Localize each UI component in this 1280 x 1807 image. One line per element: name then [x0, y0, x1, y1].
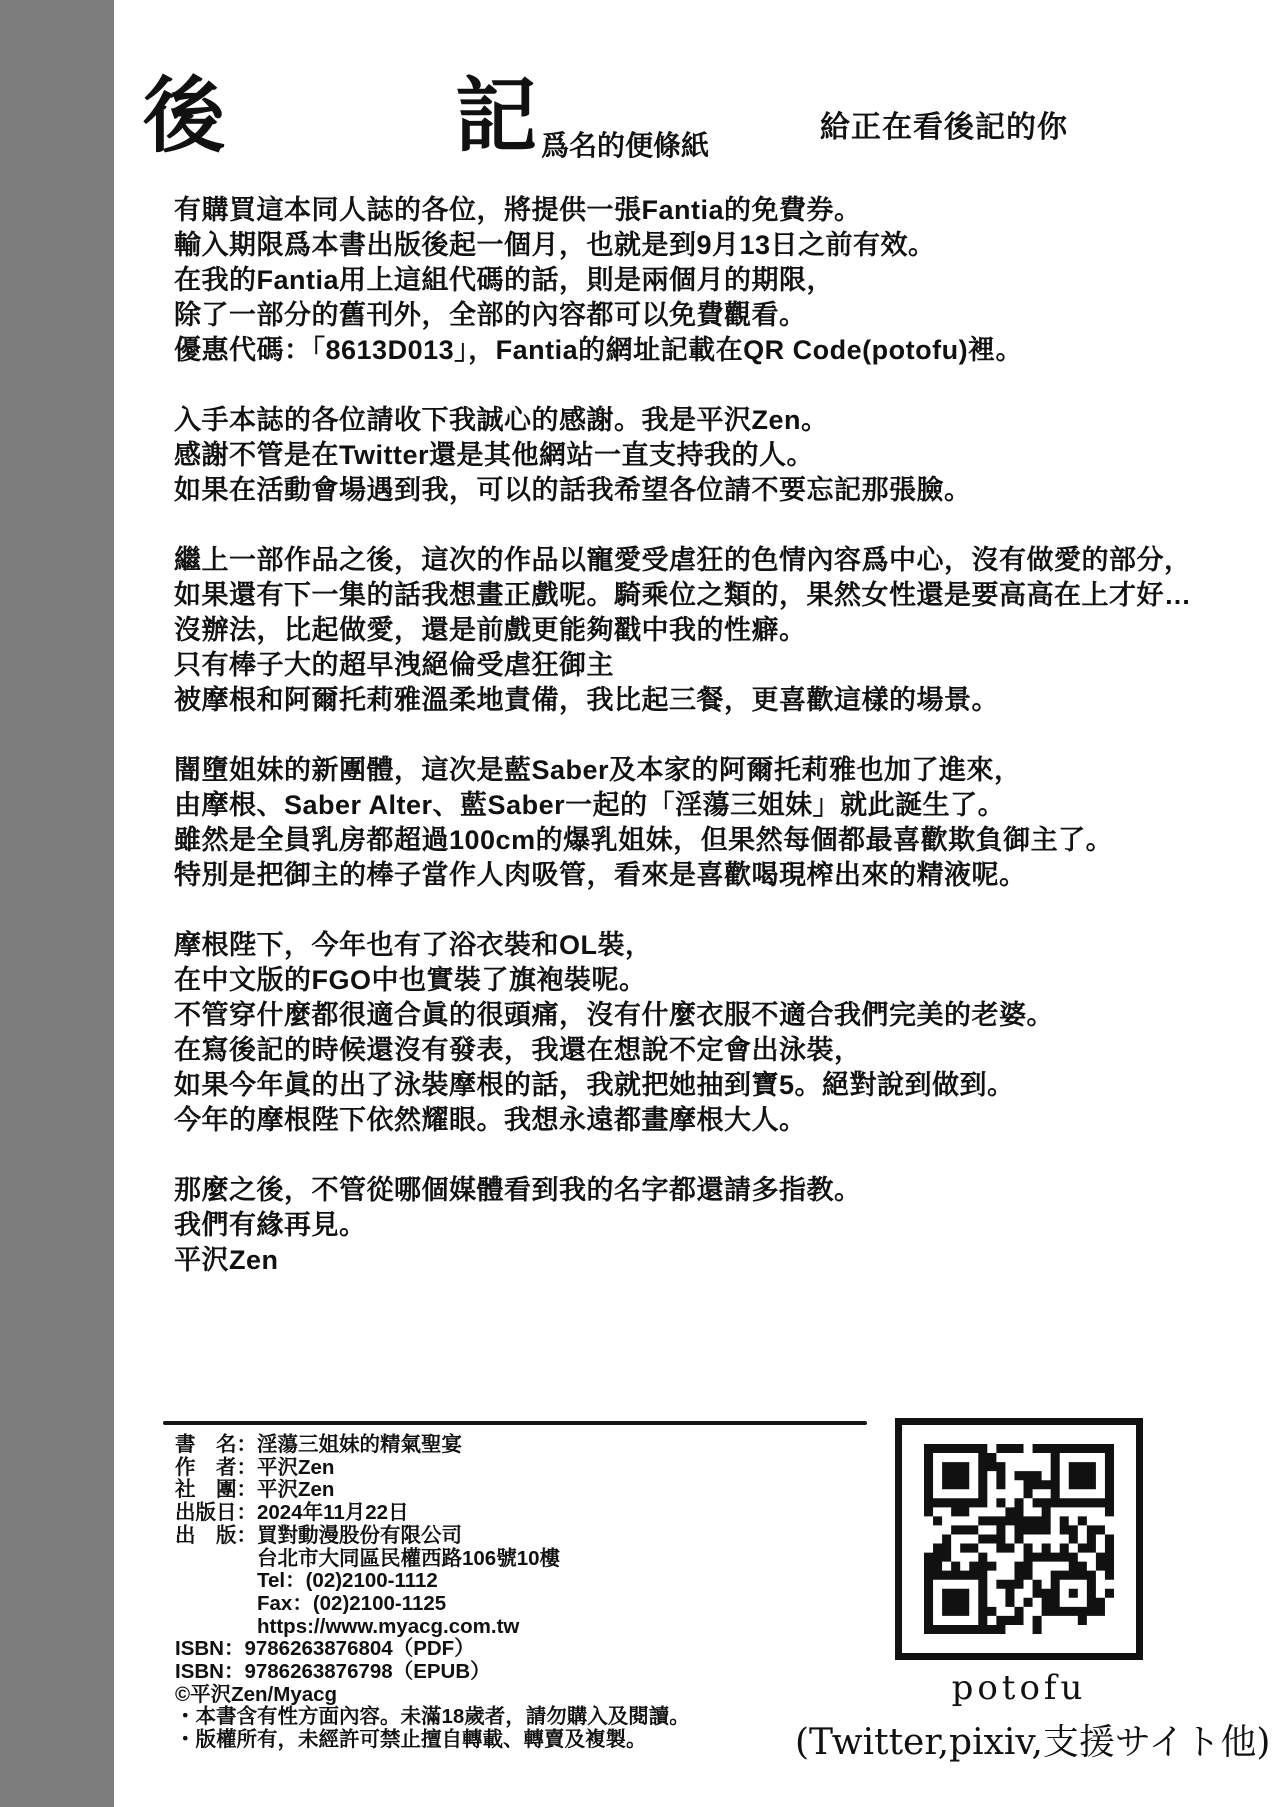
- text-line: 沒辦法，比起做愛，還是前戲更能夠戳中我的性癖。: [174, 613, 1192, 648]
- colophon-line-circle: 社 團：平沢Zen: [175, 1479, 690, 1502]
- page-title-note: 給正在看後記的你: [820, 102, 1068, 146]
- page-title-subtitle: 爲名的便條紙: [541, 124, 709, 164]
- scanned-afterword-page: 後 記 爲名的便條紙 給正在看後記的你 有購買這本同人誌的各位，將提供一張Fan…: [0, 0, 1280, 1807]
- colophon-line-pubdate: 出版日：2024年11月22日: [175, 1502, 690, 1525]
- colophon-line-url: https://www.myacg.com.tw: [175, 1616, 690, 1639]
- text-line: 闇墮姐妹的新團體，這次是藍Saber及本家的阿爾托莉雅也加了進來，: [174, 753, 1192, 788]
- page-paper: 後 記 爲名的便條紙 給正在看後記的你 有購買這本同人誌的各位，將提供一張Fan…: [114, 0, 1280, 1807]
- text-line: 優惠代碼：「8613D013」，Fantia的網址記載在QR Code(poto…: [174, 333, 1192, 368]
- text-line: 如果在活動會場遇到我，可以的話我希望各位請不要忘記那張臉。: [174, 473, 1192, 508]
- text-line: 我們有緣再見。: [174, 1208, 1192, 1243]
- colophon-line-warning-adult: ・本書含有性方面內容。未滿18歲者，請勿購入及閱讀。: [175, 1706, 690, 1729]
- text-line: 入手本誌的各位請收下我誠心的感謝。我是平沢Zen。: [174, 403, 1192, 438]
- colophon-line-address: 台北市大同區民權西路106號10樓: [175, 1548, 690, 1571]
- text-line: 平沢Zen: [174, 1243, 1192, 1278]
- page-title-char-1: 後: [143, 76, 225, 158]
- text-line: 在中文版的FGO中也實裝了旗袍裝呢。: [174, 963, 1192, 998]
- colophon-divider-line: [163, 1421, 867, 1425]
- colophon-block: 書 名：淫蕩三姐妹的精氣聖宴 作 者：平沢Zen 社 團：平沢Zen 出版日：2…: [175, 1434, 690, 1752]
- colophon-line-copyright: ©平沢Zen/Myacg: [175, 1684, 690, 1707]
- text-line: 輸入期限爲本書出版後起一個月，也就是到9月13日之前有效。: [174, 228, 1192, 263]
- paragraph-thanks: 入手本誌的各位請收下我誠心的感謝。我是平沢Zen。 感謝不管是在Twitter還…: [174, 403, 1192, 508]
- paragraph-work-notes: 繼上一部作品之後，這次的作品以寵愛受虐狂的色情內容爲中心，沒有做愛的部分， 如果…: [174, 543, 1192, 718]
- text-line: 由摩根、Saber Alter、藍Saber一起的「淫蕩三姐妹」就此誕生了。: [174, 788, 1192, 823]
- colophon-line-author: 作 者：平沢Zen: [175, 1457, 690, 1480]
- text-line: 如果還有下一集的話我想畫正戲呢。騎乘位之類的，果然女性還是要高高在上才好…: [174, 578, 1192, 613]
- text-line: 那麼之後，不管從哪個媒體看到我的名字都還請多指教。: [174, 1173, 1192, 1208]
- qr-code-image: [924, 1444, 1114, 1634]
- text-line: 特別是把御主的棒子當作人肉吸管，看來是喜歡喝現榨出來的精液呢。: [174, 858, 1192, 893]
- colophon-line-publisher: 出 版：買對動漫股份有限公司: [175, 1525, 690, 1548]
- colophon-line-isbn-pdf: ISBN：9786263876804（PDF）: [175, 1638, 690, 1661]
- text-line: 被摩根和阿爾托莉雅溫柔地責備，我比起三餐，更喜歡這樣的場景。: [174, 683, 1192, 718]
- text-line: 不管穿什麼都很適合眞的很頭痛，沒有什麼衣服不適合我們完美的老婆。: [174, 998, 1192, 1033]
- text-line: 今年的摩根陛下依然耀眼。我想永遠都畫摩根大人。: [174, 1103, 1192, 1138]
- afterword-body: 有購買這本同人誌的各位，將提供一張Fantia的免費券。 輸入期限爲本書出版後起…: [174, 193, 1192, 1278]
- text-line: 在我的Fantia用上這組代碼的話，則是兩個月的期限，: [174, 263, 1192, 298]
- colophon-line-warning-reprint: ・版權所有，未經許可禁止擅自轉載、轉賣及複製。: [175, 1729, 690, 1752]
- page-title-char-2: 記: [455, 76, 537, 158]
- text-line: 只有棒子大的超早洩絕倫受虐狂御主: [174, 648, 1192, 683]
- colophon-line-book-title: 書 名：淫蕩三姐妹的精氣聖宴: [175, 1434, 690, 1457]
- text-line: 感謝不管是在Twitter還是其他網站一直支持我的人。: [174, 438, 1192, 473]
- paragraph-morgan: 摩根陛下，今年也有了浴衣裝和OL裝， 在中文版的FGO中也實裝了旗袍裝呢。 不管…: [174, 928, 1192, 1138]
- text-line: 在寫後記的時候還沒有發表，我還在想說不定會出泳裝，: [174, 1033, 1192, 1068]
- qr-code: [895, 1418, 1143, 1660]
- qr-caption: (Twitter,pixiv,支援サイト他): [795, 1714, 1255, 1765]
- text-line: 除了一部分的舊刊外，全部的內容都可以免費觀看。: [174, 298, 1192, 333]
- text-line: 繼上一部作品之後，這次的作品以寵愛受虐狂的色情內容爲中心，沒有做愛的部分，: [174, 543, 1192, 578]
- colophon-line-isbn-epub: ISBN：9786263876798（EPUB）: [175, 1661, 690, 1684]
- text-line: 有購買這本同人誌的各位，將提供一張Fantia的免費券。: [174, 193, 1192, 228]
- colophon-line-tel: Tel：(02)2100-1112: [175, 1570, 690, 1593]
- text-line: 如果今年眞的出了泳裝摩根的話，我就把她抽到寶5。絕對說到做到。: [174, 1068, 1192, 1103]
- colophon-line-fax: Fax：(02)2100-1125: [175, 1593, 690, 1616]
- paragraph-farewell: 那麼之後，不管從哪個媒體看到我的名字都還請多指教。 我們有緣再見。 平沢Zen: [174, 1173, 1192, 1278]
- qr-label: potofu: [895, 1668, 1143, 1708]
- scan-backdrop-strip: [0, 0, 114, 1807]
- text-line: 雖然是全員乳房都超過100cm的爆乳姐妹，但果然每個都最喜歡欺負御主了。: [174, 823, 1192, 858]
- text-line: 摩根陛下，今年也有了浴衣裝和OL裝，: [174, 928, 1192, 963]
- paragraph-sisters: 闇墮姐妹的新團體，這次是藍Saber及本家的阿爾托莉雅也加了進來， 由摩根、Sa…: [174, 753, 1192, 893]
- paragraph-fantia-coupon: 有購買這本同人誌的各位，將提供一張Fantia的免費券。 輸入期限爲本書出版後起…: [174, 193, 1192, 368]
